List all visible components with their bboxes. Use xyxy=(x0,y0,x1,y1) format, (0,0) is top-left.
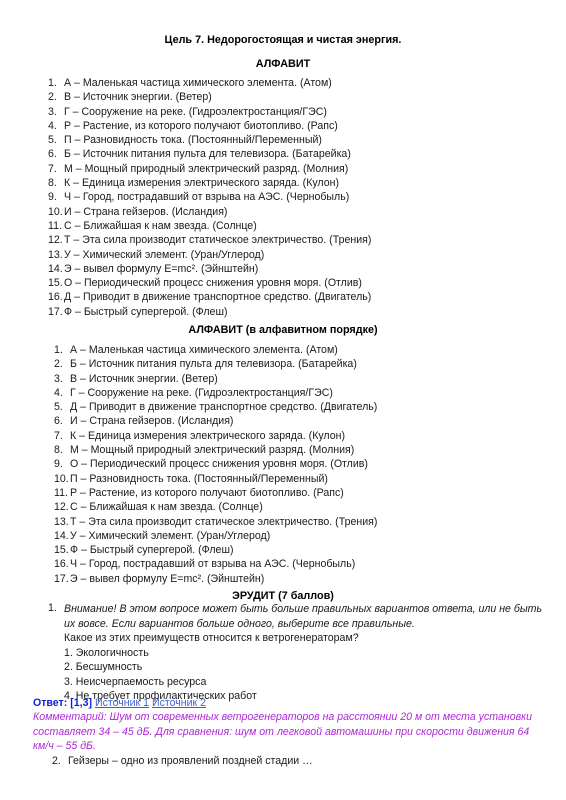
item-number: 12. xyxy=(48,233,63,247)
item-text: А – Маленькая частица химического элемен… xyxy=(64,76,332,90)
source-link-2[interactable]: Источник 2 xyxy=(152,697,206,709)
document-title: Цель 7. Недорогостоящая и чистая энергия… xyxy=(0,34,566,46)
item-number: 9. xyxy=(48,190,57,204)
item-text: П – Разновидность тока. (Постоянный/Пере… xyxy=(70,472,328,486)
item-text: А – Маленькая частица химического элемен… xyxy=(70,343,338,357)
item-number: 14. xyxy=(54,529,69,543)
item-number: 11. xyxy=(48,219,62,233)
option-3: 3. Неисчерпаемость ресурса xyxy=(64,675,554,690)
item-text: Б – Источник питания пульта для телевизо… xyxy=(64,147,351,161)
item-text: К – Единица измерения электрического зар… xyxy=(64,176,339,190)
item-text: У – Химический элемент. (Уран/Углерод) xyxy=(64,248,264,262)
item-number: 17. xyxy=(54,572,69,586)
answer-comment: Комментарий: Шум от современных ветроген… xyxy=(33,710,538,754)
item-number: 16. xyxy=(54,557,69,571)
item-number: 3. xyxy=(54,372,63,386)
item-number: 13. xyxy=(48,248,63,262)
item-number: 1. xyxy=(48,76,57,90)
item-text: Т – Эта сила производит статическое элек… xyxy=(64,233,371,247)
item-number: 9. xyxy=(54,457,63,471)
item-text: Э – вывел формулу E=mc². (Эйнштейн) xyxy=(64,262,258,276)
item-text: П – Разновидность тока. (Постоянный/Пере… xyxy=(64,133,322,147)
item-text: Г – Сооружение на реке. (Гидроэлектроста… xyxy=(70,386,333,400)
item-text: Ч – Город, пострадавший от взрыва на АЭС… xyxy=(64,190,349,204)
item-text: М – Мощный природный электрический разря… xyxy=(70,443,354,457)
item-text: Д – Приводит в движение транспортное сре… xyxy=(70,400,377,414)
item-number: 7. xyxy=(54,429,63,443)
item-number: 1. xyxy=(54,343,63,357)
question-text: Какое из этих преимуществ относится к ве… xyxy=(64,631,554,646)
item-number: 11. xyxy=(54,486,68,500)
item-number: 17. xyxy=(48,305,63,319)
item-number: 8. xyxy=(54,443,63,457)
question-number: 1. xyxy=(48,602,57,614)
answer-label: Ответ: [1,3] xyxy=(33,697,92,709)
item-text: О – Периодический процесс снижения уровн… xyxy=(64,276,362,290)
question-text: Гейзеры – одно из проявлений поздней ста… xyxy=(68,755,313,767)
item-number: 15. xyxy=(54,543,69,557)
item-text: Р – Растение, из которого получают биото… xyxy=(64,119,338,133)
item-text: В – Источник энергии. (Ветер) xyxy=(70,372,218,386)
item-number: 10. xyxy=(54,472,69,486)
item-text: Б – Источник питания пульта для телевизо… xyxy=(70,357,357,371)
item-number: 8. xyxy=(48,176,57,190)
item-number: 14. xyxy=(48,262,63,276)
question-notice: Внимание! В этом вопросе может быть боль… xyxy=(64,602,554,631)
item-number: 4. xyxy=(48,119,57,133)
option-2: 2. Бесшумность xyxy=(64,660,554,675)
item-number: 6. xyxy=(54,414,63,428)
answer-line: Ответ: [1,3] Источник 1 Источник 2 xyxy=(33,696,206,710)
item-text: О – Периодический процесс снижения уровн… xyxy=(70,457,368,471)
item-number: 5. xyxy=(48,133,57,147)
item-number: 6. xyxy=(48,147,57,161)
item-text: Р – Растение, из которого получают биото… xyxy=(70,486,344,500)
item-number: 16. xyxy=(48,290,63,304)
item-number: 7. xyxy=(48,162,57,176)
item-text: Ф – Быстрый супергерой. (Флеш) xyxy=(70,543,233,557)
item-text: Д – Приводит в движение транспортное сре… xyxy=(64,290,371,304)
item-number: 2. xyxy=(48,90,57,104)
item-text: Г – Сооружение на реке. (Гидроэлектроста… xyxy=(64,105,327,119)
option-1: 1. Экологичность xyxy=(64,646,554,661)
item-text: С – Ближайшая к нам звезда. (Солнце) xyxy=(64,219,257,233)
item-number: 5. xyxy=(54,400,63,414)
item-text: У – Химический элемент. (Уран/Углерод) xyxy=(70,529,270,543)
item-number: 13. xyxy=(54,515,69,529)
item-text: С – Ближайшая к нам звезда. (Солнце) xyxy=(70,500,263,514)
item-text: И – Страна гейзеров. (Исландия) xyxy=(64,205,227,219)
item-number: 10. xyxy=(48,205,63,219)
section-title-alphabet: АЛФАВИТ xyxy=(0,58,566,70)
item-text: Ч – Город, пострадавший от взрыва на АЭС… xyxy=(70,557,355,571)
item-text: Т – Эта сила производит статическое элек… xyxy=(70,515,377,529)
item-text: Ф – Быстрый супергерой. (Флеш) xyxy=(64,305,227,319)
item-text: К – Единица измерения электрического зар… xyxy=(70,429,345,443)
item-text: М – Мощный природный электрический разря… xyxy=(64,162,348,176)
item-number: 3. xyxy=(48,105,57,119)
item-number: 2. xyxy=(54,357,63,371)
item-text: И – Страна гейзеров. (Исландия) xyxy=(70,414,233,428)
item-number: 12. xyxy=(54,500,69,514)
item-text: Э – вывел формулу E=mc². (Эйнштейн) xyxy=(70,572,264,586)
source-link-1[interactable]: Источник 1 xyxy=(95,697,149,709)
question-number: 2. xyxy=(52,755,61,767)
section-title-erudite: ЭРУДИТ (7 баллов) xyxy=(0,590,566,602)
item-text: В – Источник энергии. (Ветер) xyxy=(64,90,212,104)
section-title-alphabet-sorted: АЛФАВИТ (в алфавитном порядке) xyxy=(0,324,566,336)
item-number: 15. xyxy=(48,276,63,290)
item-number: 4. xyxy=(54,386,63,400)
